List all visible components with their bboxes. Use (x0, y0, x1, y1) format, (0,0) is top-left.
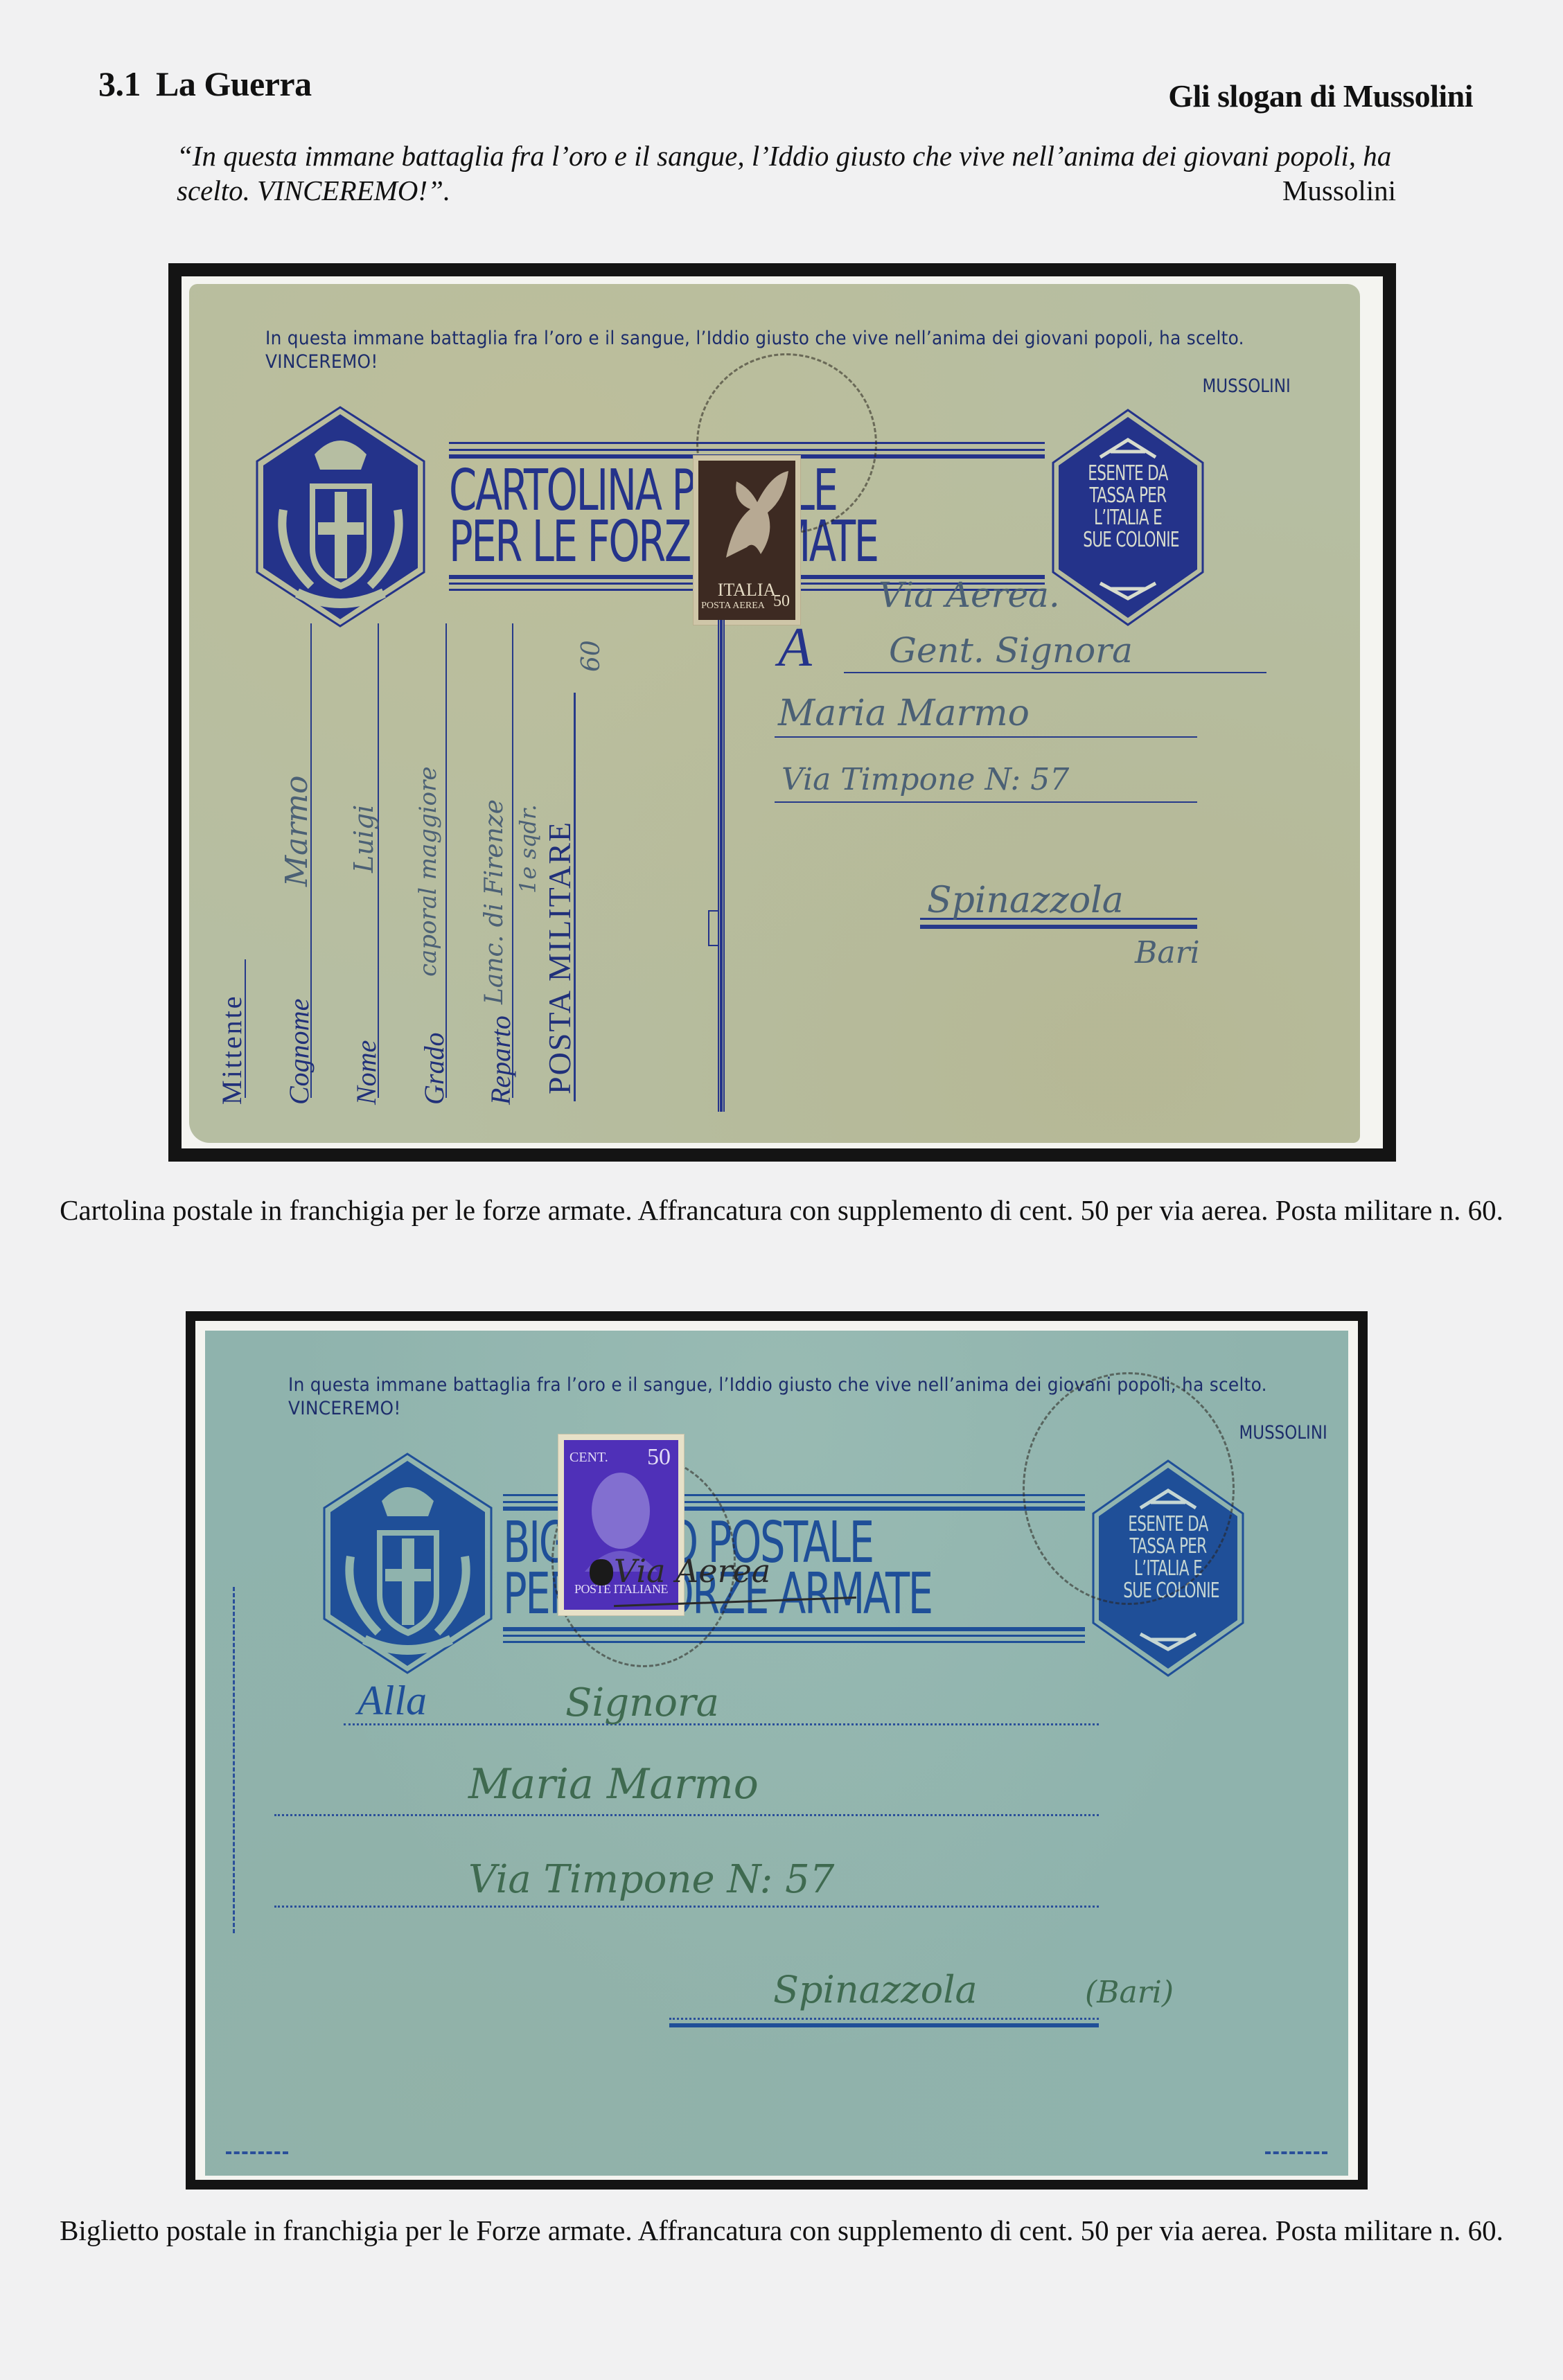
address-prefix: Alla (357, 1677, 427, 1725)
ink-blot (590, 1559, 613, 1586)
recipient-city: Spinazzola (773, 1968, 978, 2012)
recipient-title: Gent. Signora (889, 630, 1133, 671)
flagpole-divider-icon (707, 620, 735, 1112)
address-line (844, 672, 1266, 673)
posta-militare-label: POSTA MILITARE (541, 821, 578, 1094)
address-line (775, 736, 1197, 738)
via-aerea-note: Via Aerea. (878, 575, 1060, 615)
perforation-line (1265, 2151, 1327, 2154)
sender-squadron: 1e sqdr. (515, 804, 541, 894)
address-line (775, 801, 1197, 803)
posta-militare-number: 60 (577, 640, 606, 672)
postcard: In questa immane battaglia fra l’oro e i… (189, 284, 1360, 1143)
exhibit-frame-1: In questa immane battaglia fra l’oro e i… (168, 263, 1396, 1162)
exhibit-frame-2: In questa immane battaglia fra l’oro e i… (186, 1311, 1368, 2190)
address-line (669, 2023, 1099, 2027)
exempt-text: ESENTE DA TASSA PER L’ITALIA E SUE COLON… (1083, 463, 1173, 551)
stamp-service: POSTA AEREA (698, 601, 768, 612)
section-number: 3.1 (98, 64, 141, 103)
address-line (669, 2018, 1099, 2020)
perforation-line (226, 2151, 288, 2154)
slogan-signature: MUSSOLINI (1239, 1422, 1327, 1444)
label-grado: Grado (418, 1033, 450, 1105)
address-line (274, 1814, 1099, 1816)
label-nome: Nome (350, 1040, 382, 1105)
address-line (274, 1906, 1099, 1908)
sender-rank: caporal maggiore (414, 766, 442, 977)
recipient-province: (Bari) (1085, 1975, 1174, 2010)
label-mittente: Mittente (215, 994, 248, 1105)
address-prefix: A (778, 616, 812, 680)
stamp-unit: CENT. (569, 1450, 608, 1466)
label-reparto: Reparto (484, 1015, 517, 1105)
sender-surname: Marmo (279, 775, 315, 887)
recipient-city: Spinazzola (927, 880, 1124, 921)
section-title: 3.1La Guerra (98, 64, 312, 104)
subject-title: Gli slogan di Mussolini (1168, 78, 1473, 114)
postmark (1023, 1372, 1235, 1605)
section-name: La Guerra (156, 64, 312, 103)
airmail-stamp: ITALIA POSTA AEREA 50 (694, 456, 800, 625)
rule (445, 623, 447, 1098)
recipient-name: Maria Marmo (778, 693, 1030, 734)
sender-name: Luigi (348, 805, 379, 873)
stamp-denomination: 50 (769, 592, 794, 611)
recipient-province: Bari (1135, 935, 1200, 970)
letter-card: In questa immane battaglia fra l’oro e i… (205, 1331, 1348, 2176)
address-line (344, 1723, 1099, 1725)
quote-attribution: Mussolini (1282, 173, 1396, 208)
via-aerea-note: Via Aerea (614, 1552, 770, 1590)
quote-block: “In questa immane battaglia fra l’oro e … (177, 139, 1396, 208)
perforation-line (233, 1587, 235, 1933)
label-cognome: Cognome (283, 999, 315, 1105)
sender-unit: Lanc. di Firenze (480, 799, 509, 1004)
recipient-title: Signora (565, 1680, 719, 1725)
caption-1: Cartolina postale in franchigia per le f… (0, 1193, 1563, 1227)
savoy-coat-of-arms-icon (256, 406, 425, 628)
recipient-street: Via Timpone N: 57 (781, 762, 1069, 797)
caption-2: Biglietto postale in franchigia per le F… (0, 2213, 1563, 2248)
recipient-name: Maria Marmo (468, 1760, 759, 1809)
quote-text: “In questa immane battaglia fra l’oro e … (177, 139, 1396, 208)
pegasus-icon (698, 461, 795, 578)
slogan-signature: MUSSOLINI (1203, 375, 1291, 397)
address-line (920, 925, 1197, 929)
savoy-coat-of-arms-icon (323, 1453, 493, 1674)
stamp-denomination: 50 (647, 1444, 671, 1471)
recipient-street: Via Timpone N: 57 (468, 1857, 834, 1902)
